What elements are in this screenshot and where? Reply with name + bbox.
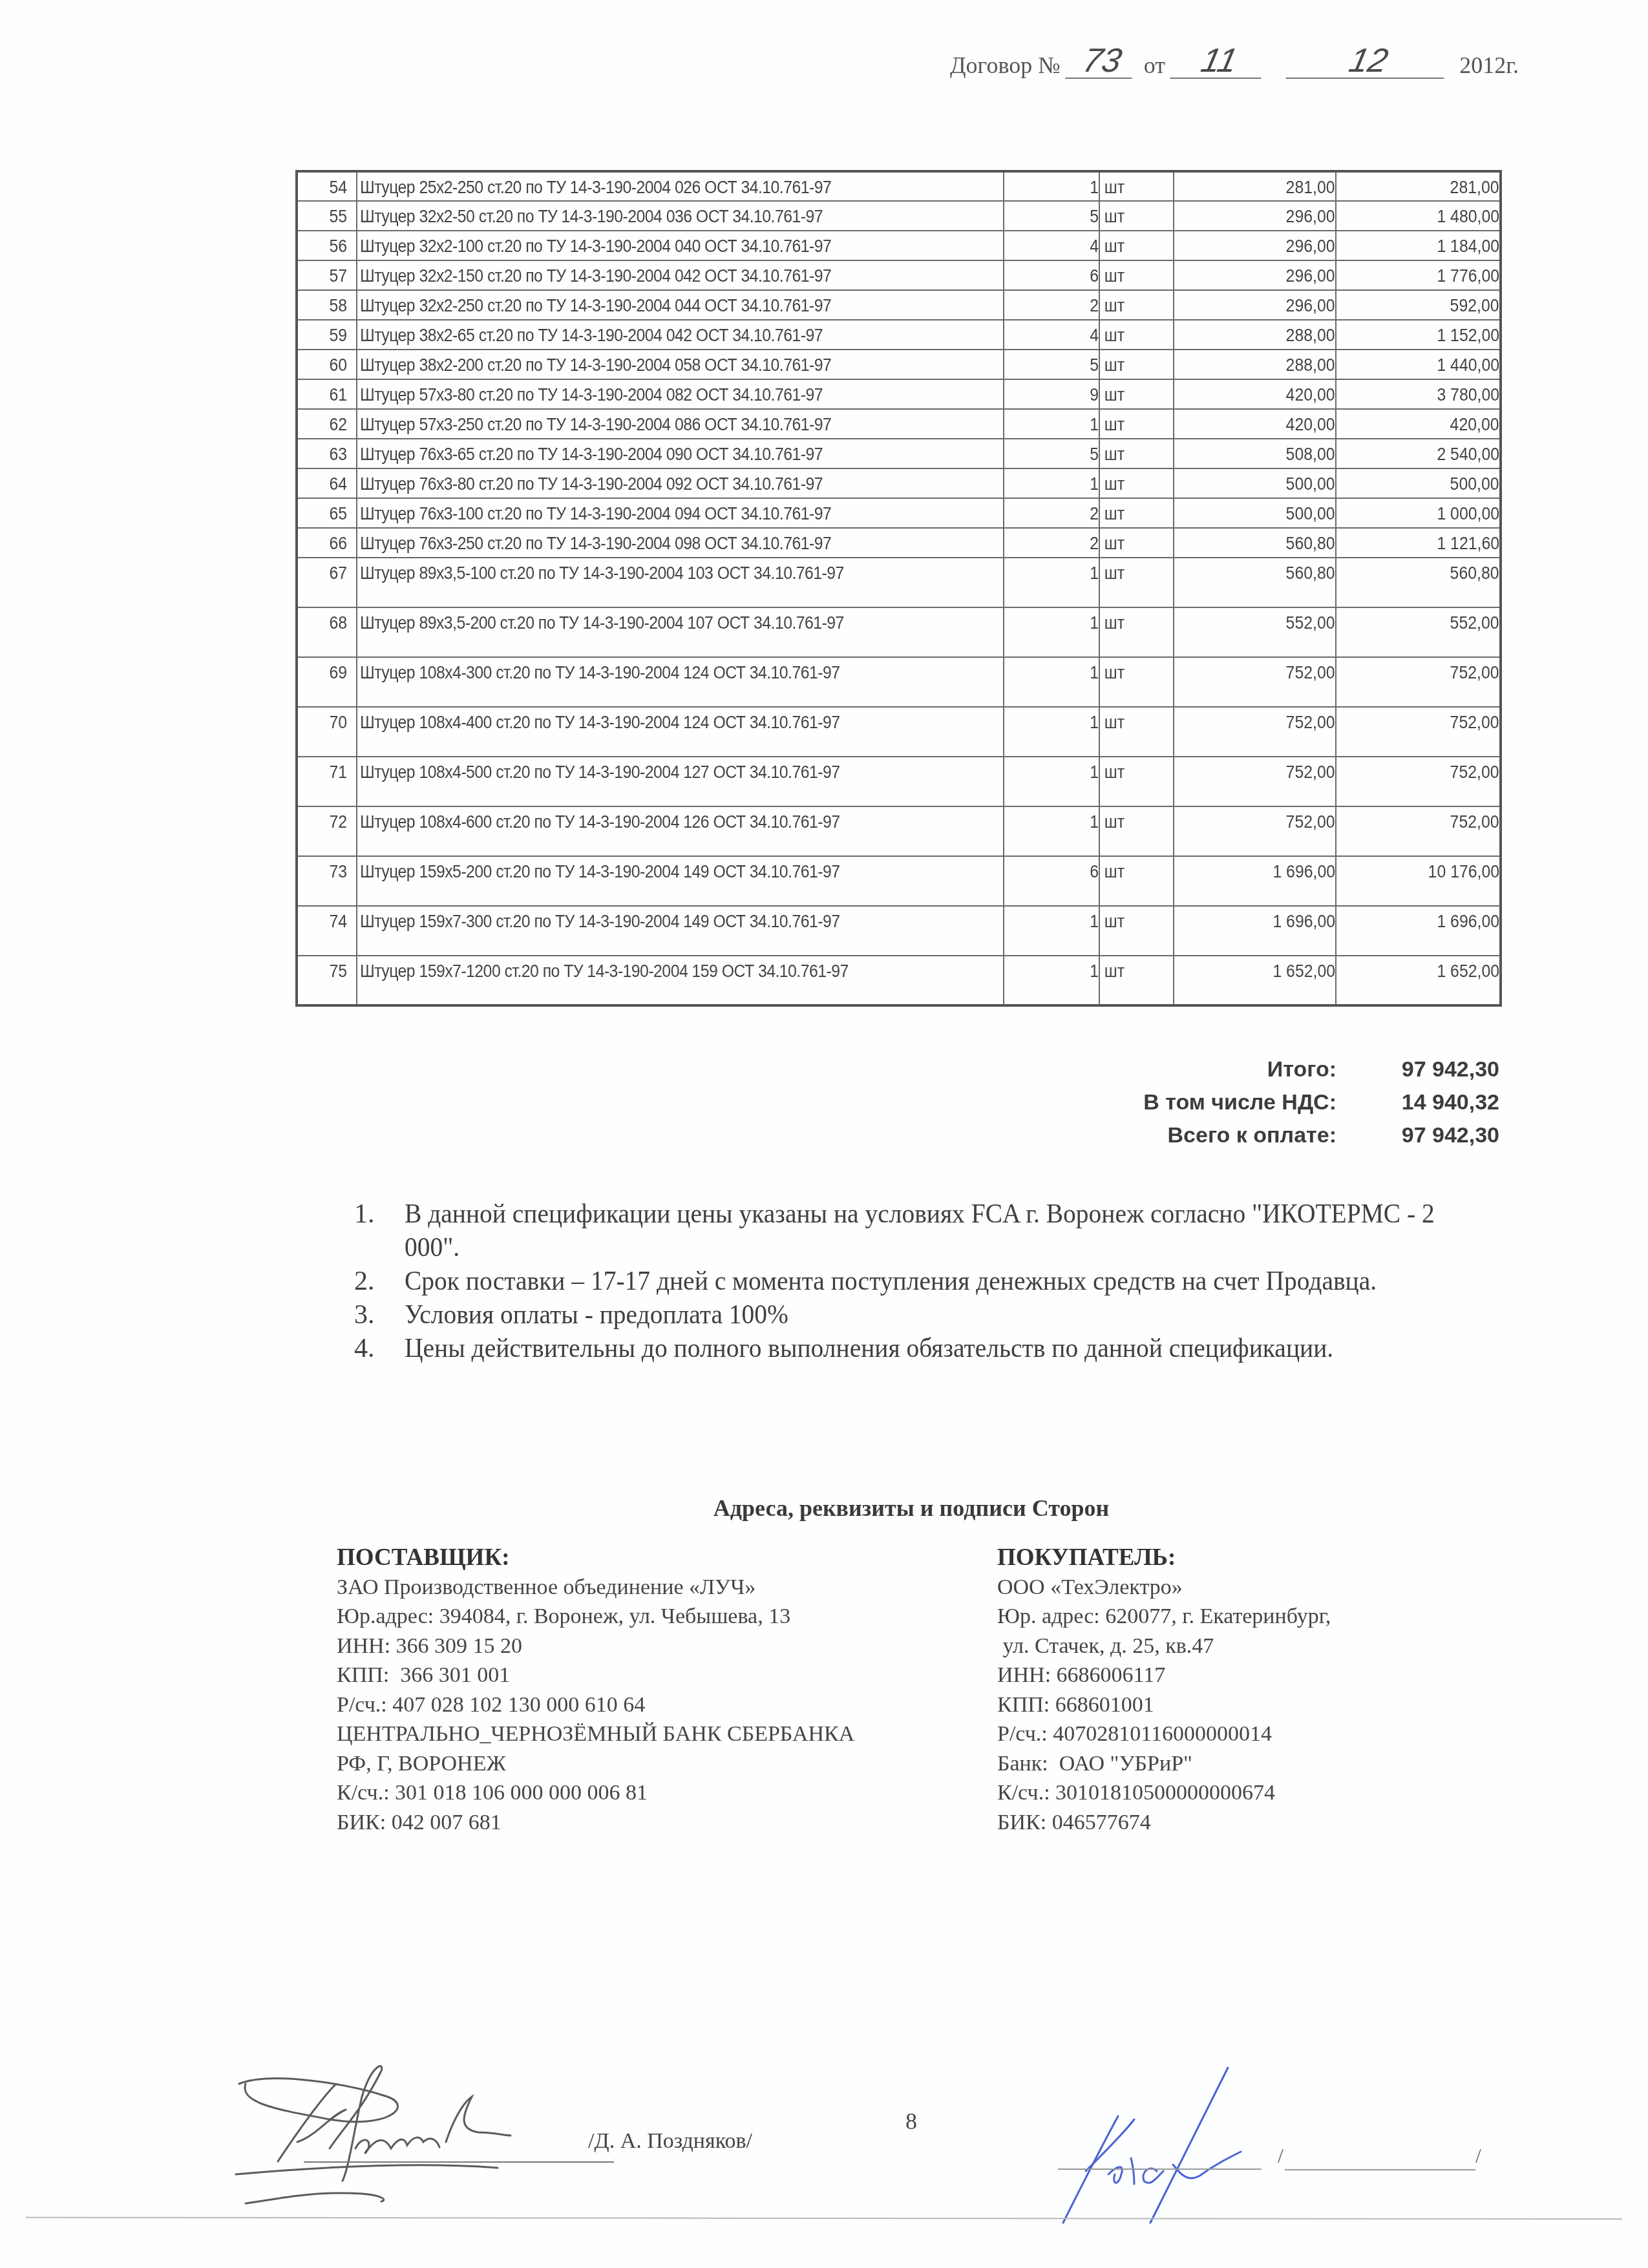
item-total: 1 184,00 bbox=[1336, 231, 1501, 260]
item-name: Штуцер 32х2-50 ст.20 по ТУ 14-3-190-2004… bbox=[357, 201, 1004, 231]
totals-value: 97 942,30 bbox=[1336, 1057, 1499, 1082]
item-total: 500,00 bbox=[1336, 468, 1501, 498]
row-number: 57 bbox=[297, 260, 357, 290]
row-number: 58 bbox=[297, 290, 357, 320]
item-price: 560,80 bbox=[1174, 558, 1336, 607]
item-total: 1 480,00 bbox=[1336, 201, 1501, 231]
table-row: 65Штуцер 76х3-100 ст.20 по ТУ 14-3-190-2… bbox=[297, 498, 1501, 528]
table-row: 75Штуцер 159х7-1200 ст.20 по ТУ 14-3-190… bbox=[297, 956, 1501, 1005]
item-total: 10 176,00 bbox=[1336, 856, 1501, 906]
table-row: 62Штуцер 57х3-250 ст.20 по ТУ 14-3-190-2… bbox=[297, 409, 1501, 439]
item-quantity: 6 bbox=[1004, 260, 1099, 290]
item-name: Штуцер 108х4-400 ст.20 по ТУ 14-3-190-20… bbox=[357, 707, 1004, 757]
term-number: 1. bbox=[354, 1197, 405, 1265]
item-price: 752,00 bbox=[1174, 806, 1336, 856]
item-name: Штуцер 108х4-600 ст.20 по ТУ 14-3-190-20… bbox=[357, 806, 1004, 856]
item-quantity: 1 bbox=[1004, 707, 1099, 757]
item-quantity: 1 bbox=[1004, 558, 1099, 607]
item-total: 560,80 bbox=[1336, 558, 1501, 607]
item-unit: шт bbox=[1099, 379, 1174, 409]
item-total: 752,00 bbox=[1336, 806, 1501, 856]
item-name: Штуцер 159х7-300 ст.20 по ТУ 14-3-190-20… bbox=[357, 906, 1004, 956]
row-number: 61 bbox=[297, 379, 357, 409]
supplier-detail-line: БИК: 042 007 681 bbox=[337, 1808, 983, 1838]
totals-block: Итого:97 942,30В том числе НДС:14 940,32… bbox=[969, 1053, 1499, 1152]
contract-number: 73 bbox=[1065, 44, 1139, 79]
item-price: 560,80 bbox=[1174, 528, 1336, 558]
buyer-signature-line bbox=[1058, 2168, 1262, 2170]
item-total: 420,00 bbox=[1336, 409, 1501, 439]
contract-header: Договор № 73 от 11 12 2012г. bbox=[950, 40, 1519, 79]
item-name: Штуцер 57х3-80 ст.20 по ТУ 14-3-190-2004… bbox=[357, 379, 1004, 409]
item-total: 2 540,00 bbox=[1336, 439, 1501, 468]
term-text: Срок поставки – 17-17 дней с момента пос… bbox=[405, 1265, 1437, 1298]
row-number: 65 bbox=[297, 498, 357, 528]
item-quantity: 1 bbox=[1004, 468, 1099, 498]
item-name: Штуцер 89х3,5-200 ст.20 по ТУ 14-3-190-2… bbox=[357, 607, 1004, 657]
item-quantity: 9 bbox=[1004, 379, 1099, 409]
contract-label: Договор № bbox=[950, 52, 1061, 79]
table-row: 57Штуцер 32х2-150 ст.20 по ТУ 14-3-190-2… bbox=[297, 260, 1501, 290]
terms-list: 1.В данной спецификации цены указаны на … bbox=[354, 1197, 1517, 1365]
row-number: 72 bbox=[297, 806, 357, 856]
item-price: 1 696,00 bbox=[1174, 906, 1336, 956]
totals-row: Итого:97 942,30 bbox=[969, 1053, 1499, 1086]
item-unit: шт bbox=[1099, 906, 1174, 956]
item-quantity: 4 bbox=[1004, 231, 1099, 260]
item-name: Штуцер 108х4-500 ст.20 по ТУ 14-3-190-20… bbox=[357, 757, 1004, 806]
item-quantity: 1 bbox=[1004, 757, 1099, 806]
supplier-detail-line: РФ, Г, ВОРОНЕЖ bbox=[337, 1749, 983, 1779]
parties-heading: Адреса, реквизиты и подписи Сторон bbox=[0, 1495, 1648, 1522]
item-price: 1 652,00 bbox=[1174, 956, 1336, 1005]
item-unit: шт bbox=[1099, 468, 1174, 498]
item-total: 281,00 bbox=[1336, 171, 1501, 201]
item-quantity: 5 bbox=[1004, 439, 1099, 468]
buyer-detail-line: К/сч.: 30101810500000000674 bbox=[997, 1778, 1501, 1808]
item-name: Штуцер 38х2-65 ст.20 по ТУ 14-3-190-2004… bbox=[357, 320, 1004, 350]
item-quantity: 2 bbox=[1004, 528, 1099, 558]
item-quantity: 1 bbox=[1004, 607, 1099, 657]
item-name: Штуцер 89х3,5-100 ст.20 по ТУ 14-3-190-2… bbox=[357, 558, 1004, 607]
row-number: 73 bbox=[297, 856, 357, 906]
table-row: 70Штуцер 108х4-400 ст.20 по ТУ 14-3-190-… bbox=[297, 707, 1501, 757]
item-total: 752,00 bbox=[1336, 657, 1501, 707]
row-number: 63 bbox=[297, 439, 357, 468]
item-total: 1 652,00 bbox=[1336, 956, 1501, 1005]
page-number: 8 bbox=[905, 2108, 917, 2135]
item-name: Штуцер 57х3-250 ст.20 по ТУ 14-3-190-200… bbox=[357, 409, 1004, 439]
item-name: Штуцер 76х3-100 ст.20 по ТУ 14-3-190-200… bbox=[357, 498, 1004, 528]
row-number: 67 bbox=[297, 558, 357, 607]
item-price: 296,00 bbox=[1174, 231, 1336, 260]
item-unit: шт bbox=[1099, 558, 1174, 607]
term-text: Условия оплаты - предоплата 100% bbox=[405, 1298, 1437, 1332]
buyer-detail-line: Юр. адрес: 620077, г. Екатеринбург, bbox=[997, 1602, 1501, 1632]
table-row: 72Штуцер 108х4-600 ст.20 по ТУ 14-3-190-… bbox=[297, 806, 1501, 856]
supplier-signature-line bbox=[304, 2161, 614, 2163]
item-name: Штуцер 76х3-250 ст.20 по ТУ 14-3-190-200… bbox=[357, 528, 1004, 558]
totals-label: Итого: bbox=[969, 1057, 1336, 1082]
table-row: 71Штуцер 108х4-500 ст.20 по ТУ 14-3-190-… bbox=[297, 757, 1501, 806]
item-total: 1 152,00 bbox=[1336, 320, 1501, 350]
item-price: 552,00 bbox=[1174, 607, 1336, 657]
item-name: Штуцер 25х2-250 ст.20 по ТУ 14-3-190-200… bbox=[357, 171, 1004, 201]
item-price: 752,00 bbox=[1174, 657, 1336, 707]
table-row: 73Штуцер 159х5-200 ст.20 по ТУ 14-3-190-… bbox=[297, 856, 1501, 906]
item-unit: шт bbox=[1099, 528, 1174, 558]
item-quantity: 2 bbox=[1004, 290, 1099, 320]
supplier-signature bbox=[233, 2058, 595, 2207]
totals-row: Всего к оплате:97 942,30 bbox=[969, 1119, 1499, 1152]
item-unit: шт bbox=[1099, 498, 1174, 528]
table-row: 67Штуцер 89х3,5-100 ст.20 по ТУ 14-3-190… bbox=[297, 558, 1501, 607]
table-row: 74Штуцер 159х7-300 ст.20 по ТУ 14-3-190-… bbox=[297, 906, 1501, 956]
item-name: Штуцер 32х2-250 ст.20 по ТУ 14-3-190-200… bbox=[357, 290, 1004, 320]
item-total: 1 776,00 bbox=[1336, 260, 1501, 290]
row-number: 70 bbox=[297, 707, 357, 757]
item-unit: шт bbox=[1099, 956, 1174, 1005]
contract-month: 12 bbox=[1285, 44, 1451, 79]
row-number: 71 bbox=[297, 757, 357, 806]
supplier-detail-line: ЗАО Производственное объединение «ЛУЧ» bbox=[337, 1573, 983, 1602]
item-unit: шт bbox=[1099, 439, 1174, 468]
totals-value: 14 940,32 bbox=[1336, 1090, 1499, 1115]
supplier-details: ПОСТАВЩИК: ЗАО Производственное объедине… bbox=[337, 1543, 983, 1837]
item-price: 296,00 bbox=[1174, 201, 1336, 231]
buyer-signature bbox=[1060, 2068, 1254, 2223]
item-unit: шт bbox=[1099, 201, 1174, 231]
item-name: Штуцер 32х2-100 ст.20 по ТУ 14-3-190-200… bbox=[357, 231, 1004, 260]
table-row: 64Штуцер 76х3-80 ст.20 по ТУ 14-3-190-20… bbox=[297, 468, 1501, 498]
item-price: 288,00 bbox=[1174, 320, 1336, 350]
buyer-detail-line: ул. Стачек, д. 25, кв.47 bbox=[997, 1632, 1501, 1661]
buyer-detail-line: БИК: 046577674 bbox=[997, 1808, 1501, 1838]
term-number: 2. bbox=[354, 1265, 405, 1298]
item-price: 500,00 bbox=[1174, 498, 1336, 528]
table-row: 63Штуцер 76х3-65 ст.20 по ТУ 14-3-190-20… bbox=[297, 439, 1501, 468]
buyer-detail-line: КПП: 668601001 bbox=[997, 1690, 1501, 1720]
item-name: Штуцер 159х7-1200 ст.20 по ТУ 14-3-190-2… bbox=[357, 956, 1004, 1005]
row-number: 59 bbox=[297, 320, 357, 350]
contract-year: 2012г. bbox=[1459, 52, 1519, 79]
item-name: Штуцер 108х4-300 ст.20 по ТУ 14-3-190-20… bbox=[357, 657, 1004, 707]
item-quantity: 5 bbox=[1004, 201, 1099, 231]
buyer-details: ПОКУПАТЕЛЬ: ООО «ТехЭлектро»Юр. адрес: 6… bbox=[997, 1543, 1501, 1837]
table-row: 69Штуцер 108х4-300 ст.20 по ТУ 14-3-190-… bbox=[297, 657, 1501, 707]
item-unit: шт bbox=[1099, 856, 1174, 906]
term-number: 3. bbox=[354, 1298, 405, 1332]
row-number: 68 bbox=[297, 607, 357, 657]
item-total: 552,00 bbox=[1336, 607, 1501, 657]
item-name: Штуцер 32х2-150 ст.20 по ТУ 14-3-190-200… bbox=[357, 260, 1004, 290]
term-item: 1.В данной спецификации цены указаны на … bbox=[354, 1197, 1517, 1265]
item-total: 752,00 bbox=[1336, 707, 1501, 757]
item-price: 752,00 bbox=[1174, 757, 1336, 806]
totals-value: 97 942,30 bbox=[1336, 1123, 1499, 1148]
item-unit: шт bbox=[1099, 260, 1174, 290]
row-number: 60 bbox=[297, 350, 357, 379]
item-quantity: 1 bbox=[1004, 956, 1099, 1005]
term-text: Цены действительны до полного выполнения… bbox=[405, 1332, 1437, 1365]
table-row: 55Штуцер 32х2-50 ст.20 по ТУ 14-3-190-20… bbox=[297, 201, 1501, 231]
supplier-title: ПОСТАВЩИК: bbox=[337, 1543, 983, 1573]
supplier-detail-line: Юр.адрес: 394084, г. Воронеж, ул. Чебыше… bbox=[337, 1602, 983, 1632]
buyer-name-bracket-close: / bbox=[1475, 2144, 1481, 2168]
item-price: 500,00 bbox=[1174, 468, 1336, 498]
item-unit: шт bbox=[1099, 350, 1174, 379]
item-price: 288,00 bbox=[1174, 350, 1336, 379]
item-total: 592,00 bbox=[1336, 290, 1501, 320]
totals-row: В том числе НДС:14 940,32 bbox=[969, 1086, 1499, 1119]
item-quantity: 2 bbox=[1004, 498, 1099, 528]
table-row: 56Штуцер 32х2-100 ст.20 по ТУ 14-3-190-2… bbox=[297, 231, 1501, 260]
item-name: Штуцер 38х2-200 ст.20 по ТУ 14-3-190-200… bbox=[357, 350, 1004, 379]
item-unit: шт bbox=[1099, 607, 1174, 657]
term-item: 2.Срок поставки – 17-17 дней с момента п… bbox=[354, 1265, 1517, 1298]
supplier-detail-line: Р/сч.: 407 028 102 130 000 610 64 bbox=[337, 1690, 983, 1720]
buyer-detail-line: Р/сч.: 40702810116000000014 bbox=[997, 1719, 1501, 1749]
row-number: 56 bbox=[297, 231, 357, 260]
totals-label: Всего к оплате: bbox=[969, 1123, 1336, 1148]
buyer-detail-line: ИНН: 6686006117 bbox=[997, 1661, 1501, 1690]
row-number: 75 bbox=[297, 956, 357, 1005]
term-item: 3.Условия оплаты - предоплата 100% bbox=[354, 1298, 1517, 1332]
item-unit: шт bbox=[1099, 409, 1174, 439]
buyer-detail-line: Банк: ОАО "УБРиР" bbox=[997, 1749, 1501, 1779]
table-row: 58Штуцер 32х2-250 ст.20 по ТУ 14-3-190-2… bbox=[297, 290, 1501, 320]
item-price: 1 696,00 bbox=[1174, 856, 1336, 906]
item-quantity: 1 bbox=[1004, 409, 1099, 439]
item-total: 3 780,00 bbox=[1336, 379, 1501, 409]
row-number: 74 bbox=[297, 906, 357, 956]
contract-day: 11 bbox=[1170, 44, 1268, 79]
buyer-name-line bbox=[1285, 2169, 1475, 2170]
item-total: 1 000,00 bbox=[1336, 498, 1501, 528]
item-unit: шт bbox=[1099, 806, 1174, 856]
item-name: Штуцер 76х3-65 ст.20 по ТУ 14-3-190-2004… bbox=[357, 439, 1004, 468]
row-number: 69 bbox=[297, 657, 357, 707]
item-unit: шт bbox=[1099, 707, 1174, 757]
row-number: 66 bbox=[297, 528, 357, 558]
item-quantity: 6 bbox=[1004, 856, 1099, 906]
term-item: 4.Цены действительны до полного выполнен… bbox=[354, 1332, 1517, 1365]
table-row: 59Штуцер 38х2-65 ст.20 по ТУ 14-3-190-20… bbox=[297, 320, 1501, 350]
row-number: 55 bbox=[297, 201, 357, 231]
term-number: 4. bbox=[354, 1332, 405, 1365]
buyer-name-bracket-open: / bbox=[1278, 2144, 1284, 2168]
term-text: В данной спецификации цены указаны на ус… bbox=[405, 1197, 1437, 1265]
item-price: 296,00 bbox=[1174, 260, 1336, 290]
item-quantity: 1 bbox=[1004, 657, 1099, 707]
table-row: 61Штуцер 57х3-80 ст.20 по ТУ 14-3-190-20… bbox=[297, 379, 1501, 409]
item-price: 508,00 bbox=[1174, 439, 1336, 468]
row-number: 62 bbox=[297, 409, 357, 439]
specification-table: 54Штуцер 25х2-250 ст.20 по ТУ 14-3-190-2… bbox=[295, 170, 1502, 1007]
row-number: 54 bbox=[297, 171, 357, 201]
item-price: 752,00 bbox=[1174, 707, 1336, 757]
table-row: 60Штуцер 38х2-200 ст.20 по ТУ 14-3-190-2… bbox=[297, 350, 1501, 379]
table-row: 68Штуцер 89х3,5-200 ст.20 по ТУ 14-3-190… bbox=[297, 607, 1501, 657]
item-price: 281,00 bbox=[1174, 171, 1336, 201]
item-unit: шт bbox=[1099, 657, 1174, 707]
supplier-detail-line: ЦЕНТРАЛЬНО_ЧЕРНОЗЁМНЫЙ БАНК СБЕРБАНКА bbox=[337, 1719, 983, 1749]
totals-label: В том числе НДС: bbox=[969, 1090, 1336, 1115]
item-quantity: 1 bbox=[1004, 171, 1099, 201]
scan-artifact-line bbox=[26, 2217, 1622, 2220]
item-total: 1 696,00 bbox=[1336, 906, 1501, 956]
buyer-title: ПОКУПАТЕЛЬ: bbox=[997, 1543, 1501, 1573]
item-unit: шт bbox=[1099, 290, 1174, 320]
item-total: 1 440,00 bbox=[1336, 350, 1501, 379]
item-unit: шт bbox=[1099, 757, 1174, 806]
item-unit: шт bbox=[1099, 231, 1174, 260]
buyer-detail-line: ООО «ТехЭлектро» bbox=[997, 1573, 1501, 1602]
supplier-detail-line: К/сч.: 301 018 106 000 000 006 81 bbox=[337, 1778, 983, 1808]
row-number: 64 bbox=[297, 468, 357, 498]
item-total: 1 121,60 bbox=[1336, 528, 1501, 558]
item-unit: шт bbox=[1099, 320, 1174, 350]
supplier-detail-line: КПП: 366 301 001 bbox=[337, 1661, 983, 1690]
item-price: 296,00 bbox=[1174, 290, 1336, 320]
item-price: 420,00 bbox=[1174, 379, 1336, 409]
supplier-signatory-name: /Д. А. Поздняков/ bbox=[588, 2129, 752, 2154]
item-price: 420,00 bbox=[1174, 409, 1336, 439]
from-label: от bbox=[1144, 52, 1165, 79]
supplier-detail-line: ИНН: 366 309 15 20 bbox=[337, 1632, 983, 1661]
table-row: 66Штуцер 76х3-250 ст.20 по ТУ 14-3-190-2… bbox=[297, 528, 1501, 558]
item-name: Штуцер 76х3-80 ст.20 по ТУ 14-3-190-2004… bbox=[357, 468, 1004, 498]
item-total: 752,00 bbox=[1336, 757, 1501, 806]
item-unit: шт bbox=[1099, 171, 1174, 201]
table-row: 54Штуцер 25х2-250 ст.20 по ТУ 14-3-190-2… bbox=[297, 171, 1501, 201]
item-name: Штуцер 159х5-200 ст.20 по ТУ 14-3-190-20… bbox=[357, 856, 1004, 906]
item-quantity: 5 bbox=[1004, 350, 1099, 379]
item-quantity: 1 bbox=[1004, 806, 1099, 856]
item-quantity: 4 bbox=[1004, 320, 1099, 350]
item-quantity: 1 bbox=[1004, 906, 1099, 956]
